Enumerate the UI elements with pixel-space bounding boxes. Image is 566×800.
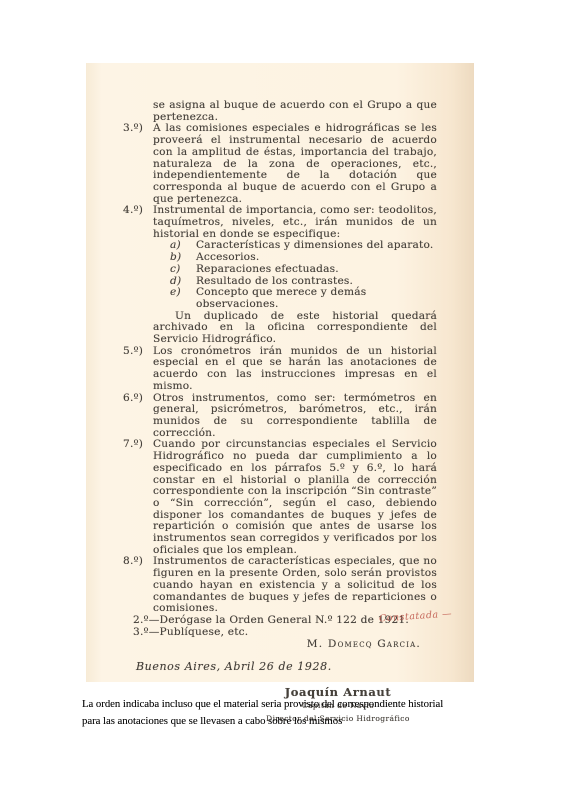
- dateline: Buenos Aires, Abril 26 de 1928.: [136, 661, 437, 673]
- document-body: se asigna al buque de acuerdo con el Gru…: [123, 100, 437, 725]
- signature-name: M. Domecq Garcia.: [123, 639, 437, 651]
- subitem-e: e) Concepto que merece y demás observaci…: [170, 287, 437, 310]
- item-text: Instrumental de importancia, como ser: t…: [153, 205, 437, 240]
- subitem-label: e): [170, 287, 181, 299]
- item-number: 5.º): [123, 346, 143, 358]
- item-text: Instrumentos de características especial…: [153, 556, 437, 615]
- order-item-4: 4.º) Instrumental de importancia, como s…: [123, 205, 437, 345]
- item-text: Los cronómetros irán munidos de un histo…: [153, 346, 437, 393]
- order-item-7: 7.º) Cuando por circunstancias especiale…: [123, 439, 437, 556]
- closing-text: —Publíquese, etc.: [149, 626, 249, 638]
- scanned-document-page: se asigna al buque de acuerdo con el Gru…: [86, 63, 474, 682]
- closing-number: 2.º: [133, 614, 149, 626]
- subitem-label: c): [170, 264, 180, 276]
- continuation-paragraph: se asigna al buque de acuerdo con el Gru…: [123, 100, 437, 123]
- item-text: Cuando por circunstancias especiales el …: [153, 439, 437, 556]
- item-number: 4.º): [123, 205, 143, 217]
- order-item-6: 6.º) Otros instrumentos, como ser: termó…: [123, 393, 437, 440]
- closing-item-3: 3.º—Publíquese, etc.: [133, 627, 437, 639]
- closing-text: —Derógase la Orden General N.º 122 de 19…: [149, 614, 409, 626]
- caption-line-2: para las anotaciones que se llevasen a c…: [82, 713, 512, 730]
- closing-number: 3.º: [133, 626, 149, 638]
- order-item-5: 5.º) Los cronómetros irán munidos de un …: [123, 346, 437, 393]
- order-item-3: 3.º) A las comisiones especiales e hidro…: [123, 123, 437, 205]
- caption-line-1: La orden indicaba incluso que el materia…: [82, 696, 512, 713]
- photo-caption: La orden indicaba incluso que el materia…: [82, 696, 512, 729]
- continuation-text: se asigna al buque de acuerdo con el Gru…: [153, 100, 437, 123]
- item-text: A las comisiones especiales e hidrográfi…: [153, 123, 437, 205]
- item-number: 3.º): [123, 123, 143, 135]
- subitem-text: Reparaciones efectuadas.: [196, 264, 437, 276]
- item-number: 7.º): [123, 439, 143, 451]
- subitem-text: Concepto que merece y demás observacione…: [196, 287, 437, 310]
- item-note: Un duplicado de este historial quedará a…: [153, 311, 437, 346]
- item-number: 8.º): [123, 556, 143, 568]
- subitem-c: c) Reparaciones efectuadas.: [170, 264, 437, 276]
- order-item-8: 8.º) Instrumentos de características esp…: [123, 556, 437, 615]
- item-number: 6.º): [123, 393, 143, 405]
- item-text: Otros instrumentos, como ser: termómetro…: [153, 393, 437, 440]
